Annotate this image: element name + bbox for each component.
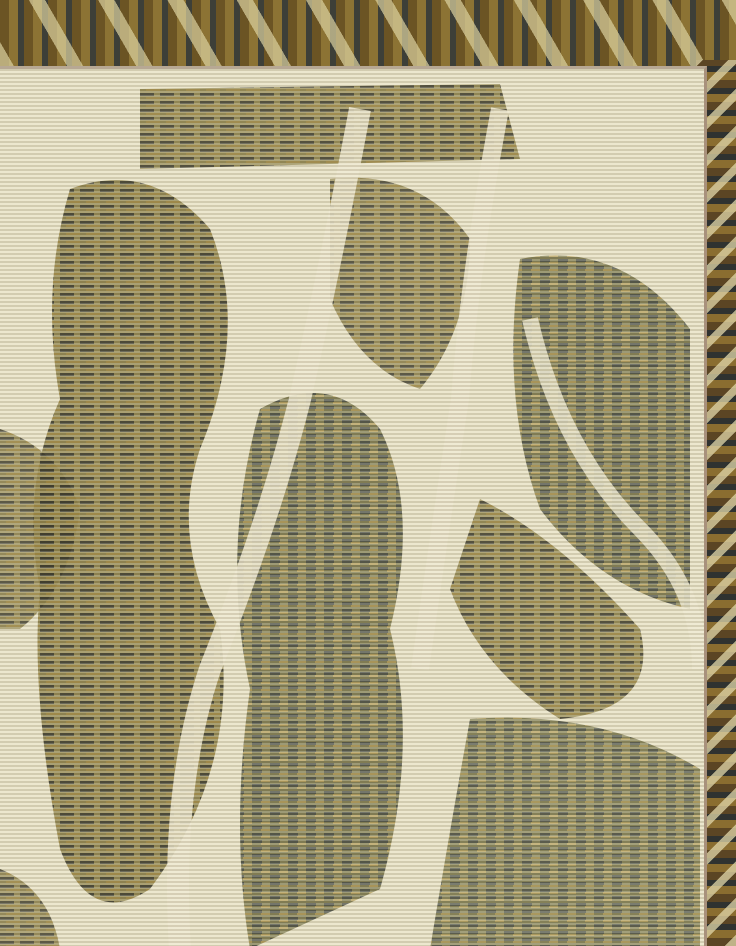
rug-back-weave — [0, 66, 707, 946]
rug-pile-top-border — [0, 0, 736, 70]
rug-photo — [0, 0, 736, 946]
abstract-motif — [0, 69, 704, 946]
